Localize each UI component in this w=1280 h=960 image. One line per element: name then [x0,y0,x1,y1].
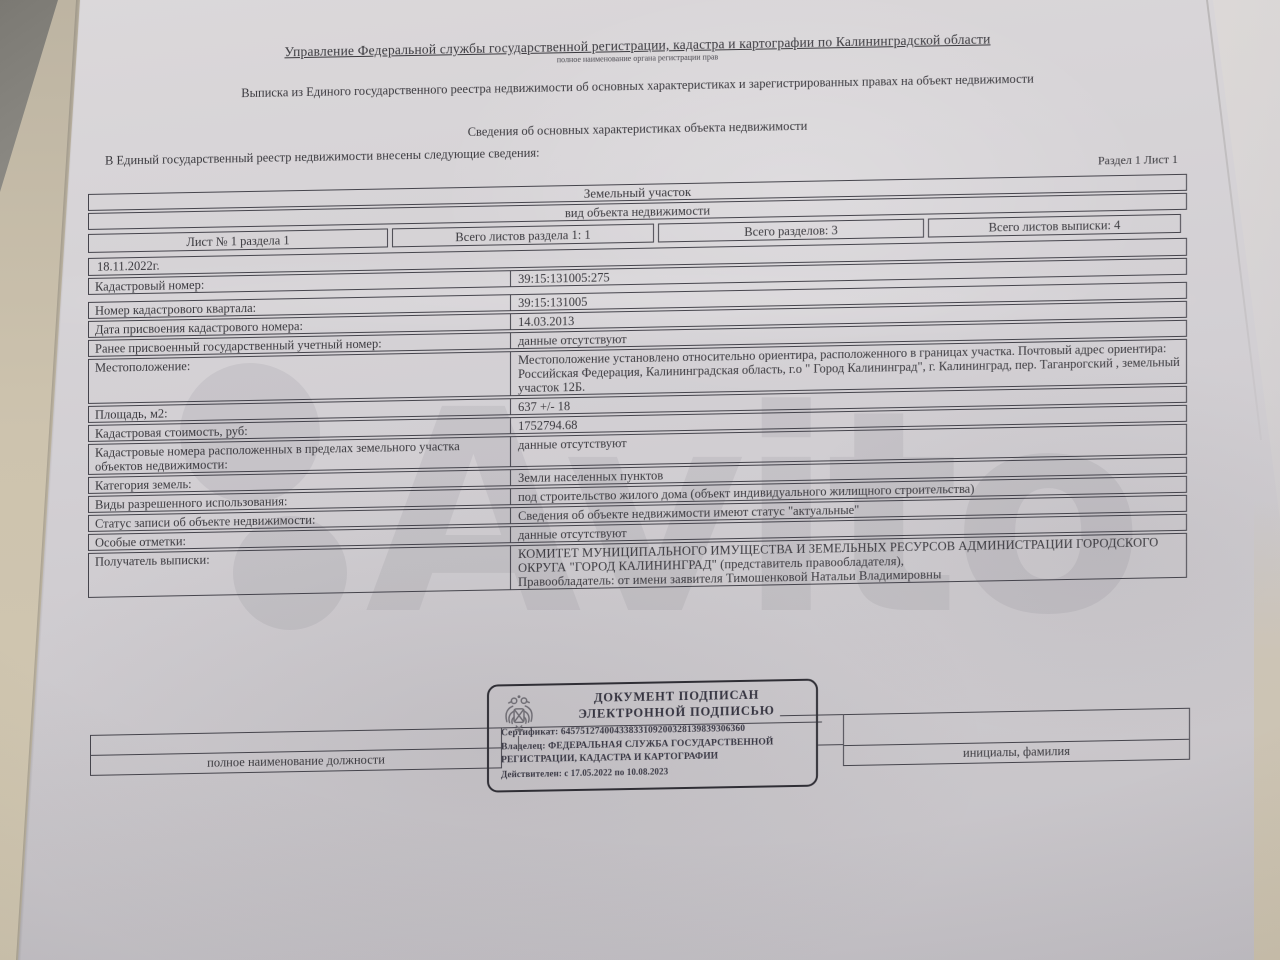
name-signature-box: инициалы, фамилия [843,708,1190,766]
row-label: Местоположение: [89,352,511,403]
sheet-info-cell: Лист № 1 раздела 1 [88,228,388,252]
position-signature-box: полное наименование должности [90,727,502,776]
row-value: КОМИТЕТ МУНИЦИПАЛЬНОГО ИМУЩЕСТВА И ЗЕМЕЛ… [511,534,1186,589]
egrn-extract-sheet: Управление Федеральной службы государств… [85,8,1190,948]
stamp-title-line2: ЭЛЕКТРОННОЙ ПОДПИСЬЮ [547,702,806,723]
document-title: Выписка из Единого государственного реес… [95,69,1180,104]
stamp-divider-line [518,736,519,751]
sheet-info-cell: Всего разделов: 3 [658,219,924,243]
digital-signature-stamp: ДОКУМЕНТ ПОДПИСАН ЭЛЕКТРОННОЙ ПОДПИСЬЮ С… [487,679,818,793]
row-label: Получатель выписки: [89,546,511,597]
characteristics-table: Земельный участок вид объекта недвижимос… [88,174,1187,598]
sheet-info-cell: Всего листов раздела 1: 1 [392,224,654,248]
eagle-emblem-icon [501,693,537,740]
under-page-right-edge [1254,500,1280,960]
document-photo: { "watermark_text": "Avito", "header": {… [0,0,1280,960]
row-label: Кадастровые номера расположенных в преде… [89,437,511,474]
signature-line [818,744,843,745]
sheet-info-cell: Всего листов выписки: 4 [928,214,1181,238]
